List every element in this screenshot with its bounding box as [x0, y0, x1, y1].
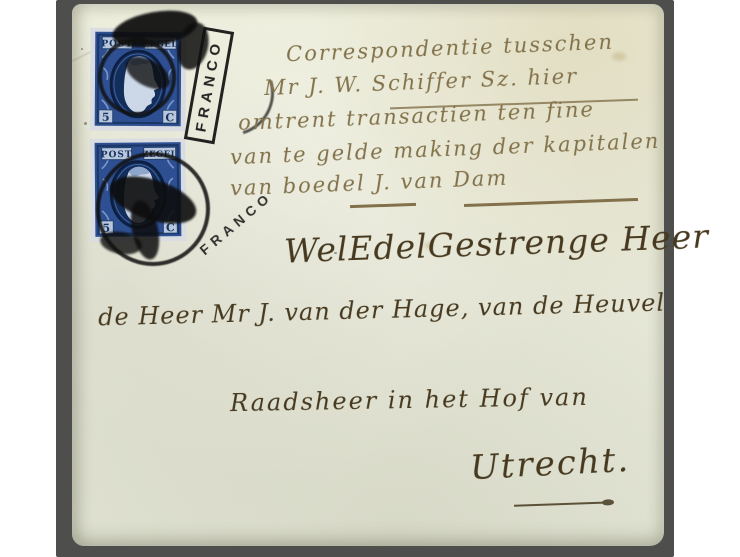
city-flourish-underline: [514, 501, 612, 506]
docket-line-1: Correspondentie tusschen: [286, 30, 615, 67]
address-title-line: Raadsheer in het Hof van: [230, 383, 589, 417]
scan-backdrop: POST ZEGEL 5 C: [56, 0, 674, 557]
address-name-line: de Heer Mr J. van der Hage, van de Heuve…: [98, 289, 666, 332]
docket-line-4: van te gelde making der kapitalen: [230, 129, 661, 170]
underline-stroke: [464, 198, 638, 207]
underline-stroke: [350, 203, 416, 208]
currency-letter: C: [165, 111, 174, 124]
value-numeral: 5: [102, 111, 110, 124]
docket-line-2: Mr J. W. Schiffer Sz. hier: [264, 64, 579, 100]
address-city: Utrecht.: [469, 440, 631, 488]
paper-speck: [81, 48, 83, 50]
envelope: POST ZEGEL 5 C: [72, 4, 664, 546]
photo-page: POST ZEGEL 5 C: [0, 0, 740, 557]
paper-speck: [84, 122, 87, 125]
docket-line-5: van boedel J. van Dam: [230, 166, 509, 201]
circular-datestamp-top: [98, 38, 176, 116]
address-salutation: WelEdelGestrenge Heer: [283, 217, 709, 271]
